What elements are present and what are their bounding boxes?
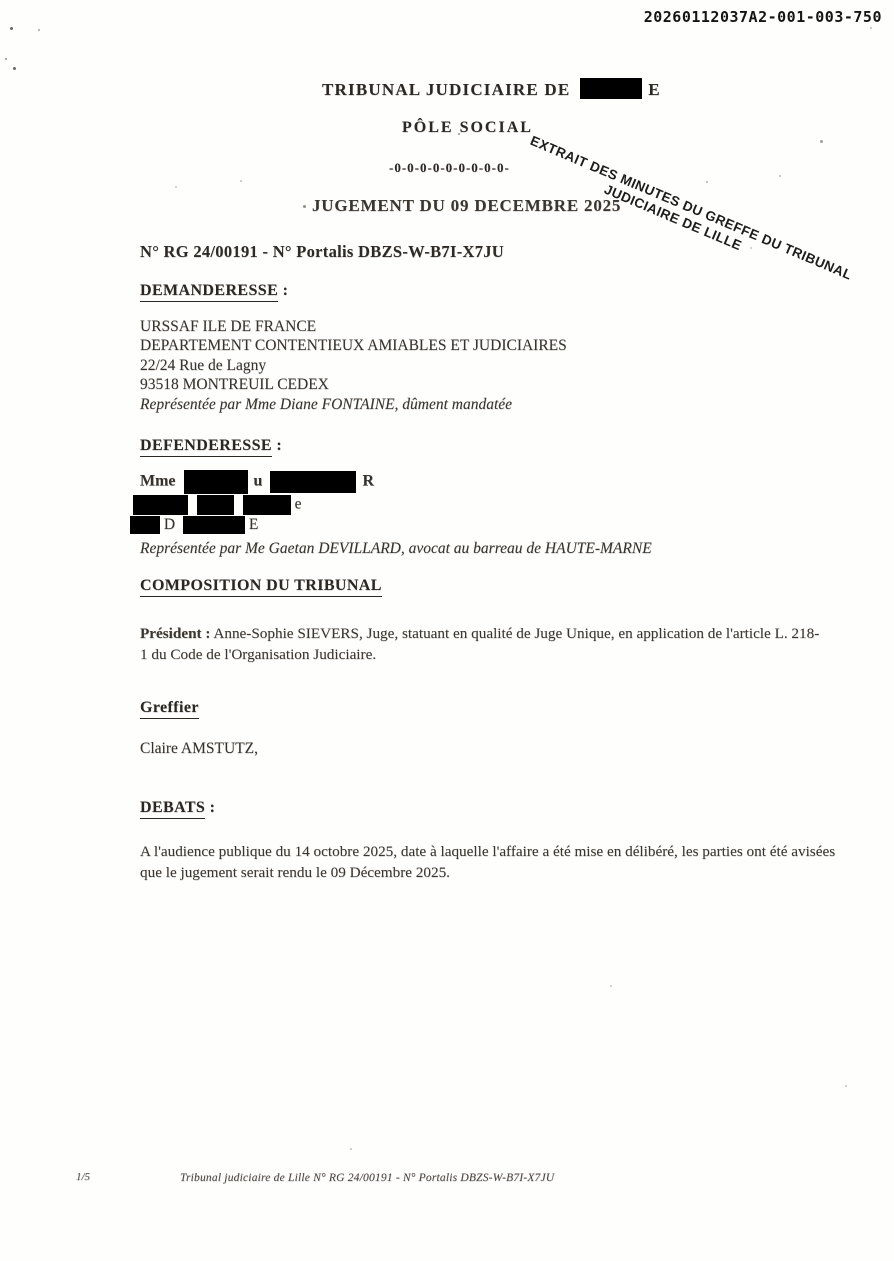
defenderesse-fragment-r: R bbox=[362, 473, 374, 490]
debats-heading: DEBATS : bbox=[140, 799, 215, 819]
composition-heading-label: COMPOSITION DU TRIBUNAL bbox=[140, 577, 382, 597]
defenderesse-heading-colon: : bbox=[272, 437, 282, 454]
scan-speck bbox=[13, 67, 16, 70]
scan-speck bbox=[706, 181, 708, 183]
scan-speck bbox=[458, 133, 460, 135]
redaction-box-lastname bbox=[270, 471, 356, 493]
scan-speck bbox=[175, 186, 177, 188]
demanderesse-name: URSSAF ILE DE FRANCE bbox=[140, 317, 567, 336]
redaction-box-address-3 bbox=[243, 495, 291, 515]
debats-heading-label: DEBATS bbox=[140, 799, 205, 819]
scan-speck bbox=[38, 29, 40, 31]
scan-speck bbox=[240, 180, 242, 182]
stamp-line-2: JUDICIAIRE DE LILLE bbox=[521, 148, 824, 289]
scan-speck bbox=[820, 140, 823, 143]
redaction-box-city bbox=[580, 78, 642, 99]
scan-speck bbox=[10, 27, 13, 30]
defenderesse-fragment-e2: E bbox=[249, 516, 258, 533]
separator-line: -0-0-0-0-0-0-0-0-0- bbox=[389, 160, 510, 176]
president-text: Anne-Sophie SIEVERS, Juge, statuant en q… bbox=[140, 625, 819, 663]
demanderesse-heading-label: DEMANDERESSE bbox=[140, 282, 278, 302]
defenderesse-fragment-d: D bbox=[164, 516, 175, 533]
redaction-box-firstname bbox=[184, 470, 248, 494]
scan-speck bbox=[845, 1085, 847, 1087]
demanderesse-heading: DEMANDERESSE : bbox=[140, 282, 288, 302]
scan-speck bbox=[750, 247, 752, 249]
footer-reference: Tribunal judiciaire de Lille N° RG 24/00… bbox=[180, 1172, 554, 1184]
debats-heading-colon: : bbox=[205, 799, 215, 816]
redaction-box-address-2 bbox=[197, 495, 234, 515]
case-reference: N° RG 24/00191 - N° Portalis DBZS-W-B7I-… bbox=[140, 242, 504, 262]
defenderesse-fragment-e: e bbox=[295, 496, 302, 513]
demanderesse-address-street: 22/24 Rue de Lagny bbox=[140, 356, 567, 375]
scan-speck bbox=[779, 175, 781, 177]
scan-speck bbox=[303, 205, 306, 208]
redaction-box-address-1 bbox=[133, 495, 188, 515]
court-title-suffix: E bbox=[648, 80, 661, 99]
composition-president: Président : Anne-Sophie SIEVERS, Juge, s… bbox=[140, 624, 822, 665]
defenderesse-title: Mme bbox=[140, 473, 176, 490]
judgment-title: JUGEMENT DU 09 DECEMBRE 2025 bbox=[312, 196, 621, 216]
scanned-judgment-page: 20260112037A2-001-003-750 TRIBUNAL JUDIC… bbox=[0, 0, 894, 1261]
scan-doc-number: 20260112037A2-001-003-750 bbox=[644, 8, 882, 26]
composition-heading: COMPOSITION DU TRIBUNAL bbox=[140, 577, 382, 597]
greffier-name: Claire AMSTUTZ, bbox=[140, 739, 258, 758]
scan-speck bbox=[870, 27, 872, 29]
court-title: TRIBUNAL JUDICIAIRE DE E bbox=[322, 78, 661, 100]
demanderesse-department: DEPARTEMENT CONTENTIEUX AMIABLES ET JUDI… bbox=[140, 336, 567, 355]
defenderesse-representation: Représentée par Me Gaetan DEVILLARD, avo… bbox=[140, 539, 652, 558]
defenderesse-heading: DEFENDERESSE : bbox=[140, 437, 282, 457]
division-title: PÔLE SOCIAL bbox=[402, 119, 533, 137]
defenderesse-address-line-1: e bbox=[133, 495, 302, 515]
president-label: Président : bbox=[140, 625, 210, 642]
scan-speck bbox=[350, 1148, 352, 1150]
redaction-box-postal-1 bbox=[130, 516, 160, 534]
scan-speck bbox=[5, 58, 7, 60]
defenderesse-fragment-u: u bbox=[254, 473, 263, 490]
redaction-box-postal-2 bbox=[183, 516, 245, 534]
greffier-heading: Greffier bbox=[140, 699, 199, 719]
scan-speck bbox=[610, 985, 612, 987]
court-title-prefix: TRIBUNAL JUDICIAIRE DE bbox=[322, 80, 570, 99]
footer-page-number: 1/5 bbox=[76, 1171, 90, 1183]
demanderesse-heading-colon: : bbox=[278, 282, 288, 299]
demanderesse-address-city: 93518 MONTREUIL CEDEX bbox=[140, 375, 567, 394]
demanderesse-block: URSSAF ILE DE FRANCE DEPARTEMENT CONTENT… bbox=[140, 317, 567, 414]
defenderesse-name-line: Mme u R bbox=[140, 470, 374, 494]
defenderesse-address-line-2: D E bbox=[130, 516, 258, 534]
demanderesse-representation: Représentée par Mme Diane FONTAINE, dûme… bbox=[140, 395, 567, 414]
debats-text: A l'audience publique du 14 octobre 2025… bbox=[140, 842, 836, 883]
greffier-heading-label: Greffier bbox=[140, 699, 199, 719]
defenderesse-heading-label: DEFENDERESSE bbox=[140, 437, 272, 457]
